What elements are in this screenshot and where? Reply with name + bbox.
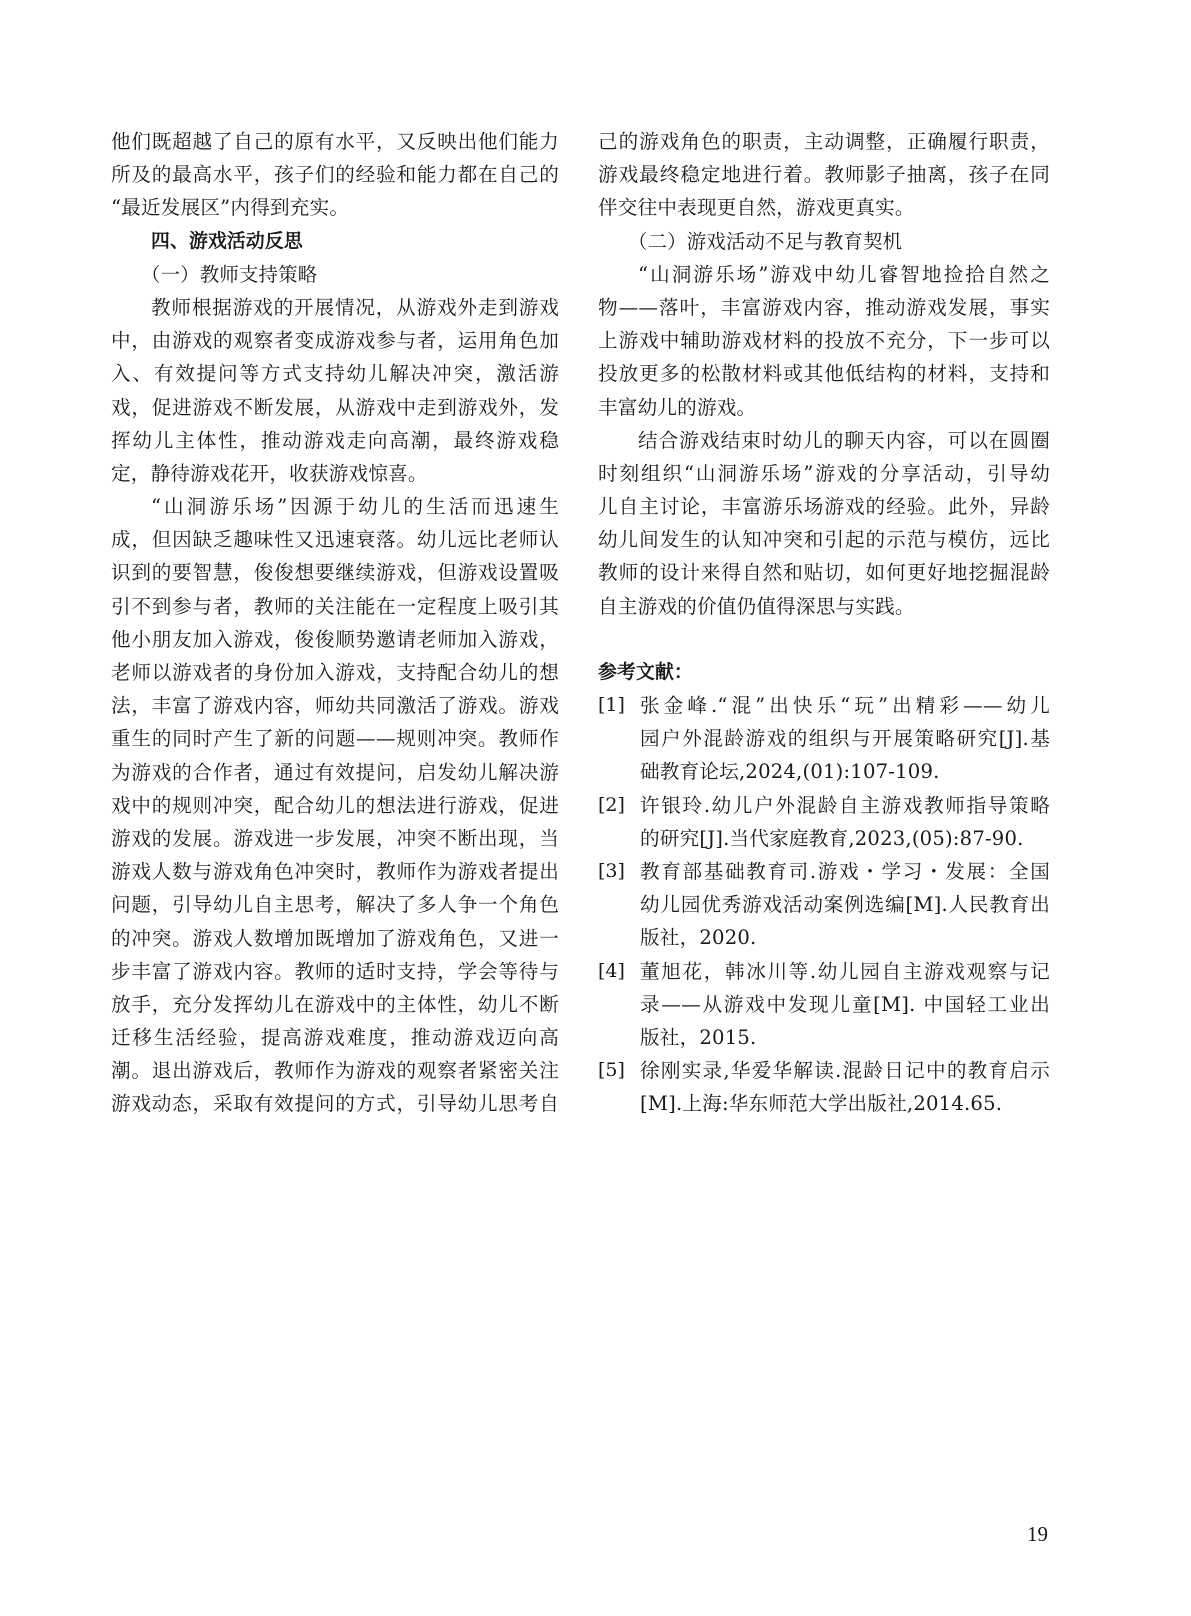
reference-line: 许银玲.幼儿户外混龄自主游戏教师指导策略 [598, 789, 1050, 822]
text-line: 引不到参与者，教师的关注能在一定程度上吸引其 [111, 590, 559, 623]
reference-line: 幼儿园优秀游戏活动案例选编[M].人民教育出 [598, 888, 1050, 921]
text-line: 定，静待游戏花开，收获游戏惊喜。 [111, 457, 559, 490]
text-line: 己的游戏角色的职责，主动调整，正确履行职责， [598, 125, 1050, 158]
text-line: 投放更多的松散材料或其他低结构的材料，支持和 [598, 357, 1050, 390]
text-line: “山洞游乐场”因源于幼儿的生活而迅速生 [111, 490, 559, 523]
text-line: 游戏的发展。游戏进一步发展，冲突不断出现，当 [111, 822, 559, 855]
text-line: 潮。退出游戏后，教师作为游戏的观察者紧密关注 [111, 1054, 559, 1087]
right-column: 己的游戏角色的职责，主动调整，正确履行职责， 游戏最终稳定地进行着。教师影子抽离… [598, 125, 1050, 1120]
subheading-teacher-strategy: （一）教师支持策略 [111, 258, 559, 291]
text-line: 挥幼儿主体性，推动游戏走向高潮，最终游戏稳 [111, 424, 559, 457]
page-number: 19 [1027, 1522, 1048, 1547]
text-line: 物——落叶，丰富游戏内容，推动游戏发展，事实 [598, 291, 1050, 324]
reference-line: 园户外混龄游戏的组织与开展策略研究[J].基 [598, 722, 1050, 755]
references-heading: 参考文献： [598, 656, 1050, 689]
text-line: 法，丰富了游戏内容，师幼共同激活了游戏。游戏 [111, 689, 559, 722]
paragraph-sharing: 结合游戏结束时幼儿的聊天内容，可以在圆圈 时刻组织“山洞游乐场”游戏的分享活动，… [598, 424, 1050, 623]
reference-number: [4] [598, 955, 625, 988]
text-line: 的冲突。游戏人数增加既增加了游戏角色，又进一 [111, 922, 559, 955]
subheading-shortcomings: （二）游戏活动不足与教育契机 [598, 225, 1050, 258]
section-heading: 四、游戏活动反思 [111, 225, 559, 258]
text-line: 游戏最终稳定地进行着。教师影子抽离，孩子在同 [598, 158, 1050, 191]
left-column: 他们既超越了自己的原有水平，又反映出他们能力 所及的最高水平，孩子们的经验和能力… [111, 125, 559, 1121]
references-list: [1] 张金峰.“混”出快乐“玩”出精彩——幼儿 园户外混龄游戏的组织与开展策略… [598, 689, 1050, 1120]
text-line: 重生的同时产生了新的问题——规则冲突。教师作 [111, 722, 559, 755]
reference-number: [3] [598, 855, 625, 888]
reference-line: 础教育论坛,2024,(01):107-109. [598, 755, 1050, 788]
text-line: 上游戏中辅助游戏材料的投放不充分，下一步可以 [598, 324, 1050, 357]
text-line: 幼儿间发生的认知冲突和引起的示范与模仿，远比 [598, 523, 1050, 556]
text-line: 丰富幼儿的游戏。 [598, 391, 1050, 424]
text-line: 步丰富了游戏内容。教师的适时支持，学会等待与 [111, 955, 559, 988]
paragraph-cave-playground: “山洞游乐场”因源于幼儿的生活而迅速生 成，但因缺乏趣味性又迅速衰落。幼儿远比老… [111, 490, 559, 1121]
text-line: 伴交往中表现更自然，游戏更真实。 [598, 191, 1050, 224]
text-line: 结合游戏结束时幼儿的聊天内容，可以在圆圈 [598, 424, 1050, 457]
text-line: 老师以游戏者的身份加入游戏，支持配合幼儿的想 [111, 656, 559, 689]
paragraph-continued-right: 己的游戏角色的职责，主动调整，正确履行职责， 游戏最终稳定地进行着。教师影子抽离… [598, 125, 1050, 225]
text-line: 为游戏的合作者，通过有效提问，启发幼儿解决游 [111, 756, 559, 789]
reference-number: [5] [598, 1054, 625, 1087]
reference-line: [M].上海:华东师范大学出版社,2014.65. [598, 1087, 1050, 1120]
reference-item: [4] 董旭花，韩冰川等.幼儿园自主游戏观察与记 录——从游戏中发现儿童[M].… [598, 955, 1050, 1055]
reference-number: [1] [598, 689, 625, 722]
text-line: 所及的最高水平，孩子们的经验和能力都在自己的 [111, 158, 559, 191]
reference-line: 录——从游戏中发现儿童[M]. 中国轻工业出 [598, 988, 1050, 1021]
reference-line: 教育部基础教育司.游戏・学习・发展：全国 [598, 855, 1050, 888]
text-line: 问题，引导幼儿自主思考，解决了多人争一个角色 [111, 888, 559, 921]
paragraph-continued: 他们既超越了自己的原有水平，又反映出他们能力 所及的最高水平，孩子们的经验和能力… [111, 125, 559, 225]
text-line: 成，但因缺乏趣味性又迅速衰落。幼儿远比老师认 [111, 523, 559, 556]
text-line: “最近发展区”内得到充实。 [111, 191, 559, 224]
text-line: 教师根据游戏的开展情况，从游戏外走到游戏 [111, 291, 559, 324]
text-line: 迁移生活经验，提高游戏难度，推动游戏迈向高 [111, 1021, 559, 1054]
text-line: 识到的要智慧，俊俊想要继续游戏，但游戏设置吸 [111, 556, 559, 589]
reference-number: [2] [598, 789, 625, 822]
text-line: 教师的设计来得自然和贴切，如何更好地挖掘混龄 [598, 556, 1050, 589]
text-line: 放手，充分发挥幼儿在游戏中的主体性，幼儿不断 [111, 988, 559, 1021]
text-line: 他们既超越了自己的原有水平，又反映出他们能力 [111, 125, 559, 158]
reference-item: [2] 许银玲.幼儿户外混龄自主游戏教师指导策略 的研究[J].当代家庭教育,2… [598, 789, 1050, 855]
paragraph-teacher-strategy: 教师根据游戏的开展情况，从游戏外走到游戏 中，由游戏的观察者变成游戏参与者，运用… [111, 291, 559, 490]
reference-item: [1] 张金峰.“混”出快乐“玩”出精彩——幼儿 园户外混龄游戏的组织与开展策略… [598, 689, 1050, 789]
reference-line: 版社，2020. [598, 921, 1050, 954]
text-line: 游戏动态，采取有效提问的方式，引导幼儿思考自 [111, 1087, 559, 1120]
text-line: 儿自主讨论，丰富游乐场游戏的经验。此外，异龄 [598, 490, 1050, 523]
reference-line: 董旭花，韩冰川等.幼儿园自主游戏观察与记 [598, 955, 1050, 988]
reference-line: 版社，2015. [598, 1021, 1050, 1054]
reference-line: 的研究[J].当代家庭教育,2023,(05):87-90. [598, 822, 1050, 855]
text-line: 戏，促进游戏不断发展，从游戏中走到游戏外，发 [111, 391, 559, 424]
text-line: 自主游戏的价值仍值得深思与实践。 [598, 590, 1050, 623]
reference-item: [3] 教育部基础教育司.游戏・学习・发展：全国 幼儿园优秀游戏活动案例选编[M… [598, 855, 1050, 955]
reference-item: [5] 徐刚实录,华爱华解读.混龄日记中的教育启示 [M].上海:华东师范大学出… [598, 1054, 1050, 1120]
reference-line: 张金峰.“混”出快乐“玩”出精彩——幼儿 [598, 689, 1050, 722]
spacer [598, 623, 1050, 656]
paragraph-shortcomings: “山洞游乐场”游戏中幼儿睿智地捡拾自然之 物——落叶，丰富游戏内容，推动游戏发展… [598, 258, 1050, 424]
text-line: 游戏人数与游戏角色冲突时，教师作为游戏者提出 [111, 855, 559, 888]
reference-line: 徐刚实录,华爱华解读.混龄日记中的教育启示 [598, 1054, 1050, 1087]
text-line: 中，由游戏的观察者变成游戏参与者，运用角色加 [111, 324, 559, 357]
text-line: 入、有效提问等方式支持幼儿解决冲突，激活游 [111, 357, 559, 390]
text-line: “山洞游乐场”游戏中幼儿睿智地捡拾自然之 [598, 258, 1050, 291]
text-line: 时刻组织“山洞游乐场”游戏的分享活动，引导幼 [598, 457, 1050, 490]
text-line: 他小朋友加入游戏，俊俊顺势邀请老师加入游戏， [111, 623, 559, 656]
text-line: 戏中的规则冲突，配合幼儿的想法进行游戏，促进 [111, 789, 559, 822]
